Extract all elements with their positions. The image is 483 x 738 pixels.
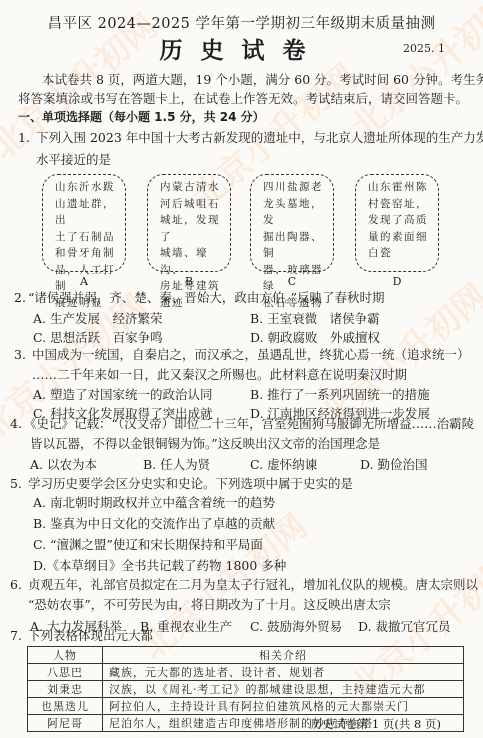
q2-option-c: C. 思想活跃 百家争鸣 <box>33 328 163 346</box>
table-cell-intro: 阿拉伯人，主持设计具有阿拉伯建筑风格的元大都崇天门 <box>103 698 464 715</box>
exam-page: 昌平区 2024—2025 学年第一学期初三年级期末质量抽测 历史试卷 2025… <box>0 0 483 738</box>
section-title: 一、单项选择题（每小题 1.5 分，共 24 分） <box>18 108 265 127</box>
table-row: 八思巴 藏族，元大都的选址者、设计者、规划者 <box>28 664 464 681</box>
table-cell-intro: 汉族，以《周礼·考工记》的都城建设思想，主持建造元大都 <box>103 681 464 698</box>
table-row: 也黑迭儿 阿拉伯人，主持设计具有阿拉伯建筑风格的元大都崇天门 <box>28 698 464 715</box>
page-footer: 历史试卷第 1 页(共 8 页) <box>311 716 441 732</box>
q4-option-c: C. 虚怀纳谏 <box>250 455 317 473</box>
q6-option-c: C. 鼓励海外贸易 <box>250 617 342 635</box>
q5-option-b: B. 鉴真为中日文化的交流作出了卓越的贡献 <box>33 514 275 532</box>
q4-option-b: B. 任人为贤 <box>143 455 210 473</box>
q1-stem-1: 下列入围 2023 年中国十大考古新发现的遗址中，与北京人遗址所体现的生产力发展 <box>36 128 483 147</box>
q1-label-d: D <box>355 275 439 288</box>
table-header-row: 人物 相关介绍 <box>28 647 464 664</box>
table-cell-person: 刘秉忠 <box>28 681 103 698</box>
q6-stem-1: 贞观五年，礼部官员拟定在二月为皇太子行冠礼，增加礼仪队的规模。唐太宗则以 <box>28 575 478 594</box>
q4-option-d: D. 勤俭治国 <box>360 455 428 473</box>
exam-date: 2025. 1 <box>403 42 445 55</box>
q5-stem: 学习历史要学会区分史实和史论。下列选项中属于史实的是 <box>28 474 353 493</box>
table-cell-intro: 藏族，元大都的选址者、设计者、规划者 <box>103 664 464 681</box>
exam-subtitle: 昌平区 2024—2025 学年第一学期初三年级期末质量抽测 <box>0 12 483 33</box>
q2-stem: “诸侯强并弱，齐、楚、秦、晋始大，政由方伯。”反映了春秋时期 <box>28 288 385 307</box>
q1-number: 1. <box>18 128 30 147</box>
q5-number: 5. <box>10 474 22 493</box>
q2-option-b: B. 王室衰微 诸侯争霸 <box>250 309 380 327</box>
table-header-intro: 相关介绍 <box>103 647 464 664</box>
q3-option-b: B. 推行了一系列巩固统一的措施 <box>250 385 430 403</box>
q1-label-b: B <box>147 275 231 288</box>
q7-number: 7. <box>10 626 22 645</box>
q3-stem-1: 中国成为一统国，自秦启之，而汉承之，虽遇乱世，终犹心焉一统（追求统一） <box>32 345 470 364</box>
q3-number: 3. <box>14 345 26 364</box>
q2-option-a: A. 生产发展 经济繁荣 <box>33 309 162 327</box>
q4-stem-2: 皆以瓦器，不得以金银铜锡为饰。”这反映出汉文帝的治国理念是 <box>30 434 380 453</box>
q5-option-d: D.《本草纲目》全书共记载了药物 1800 多种 <box>33 556 286 574</box>
table-cell-person: 八思巴 <box>28 664 103 681</box>
q7-stem: 下列表格体现出元大都 <box>28 626 153 645</box>
table-header-person: 人物 <box>28 647 103 664</box>
q4-number: 4. <box>10 414 22 433</box>
q5-option-a: A. 南北朝时期政权并立中蕴含着统一的趋势 <box>33 493 275 511</box>
q4-option-a: A. 以农为本 <box>30 455 97 473</box>
q2-number: 2. <box>14 288 26 307</box>
q5-option-c: C. “澶渊之盟”使辽和宋长期保持和平局面 <box>33 535 263 553</box>
q4-stem-1: 《史记》记载：“（汉文帝）即位二十三年，宫室苑囿狗马服御无所增益……治霸陵 <box>24 414 474 433</box>
q1-label-c: C <box>250 275 334 288</box>
table-cell-person: 也黑迭儿 <box>28 698 103 715</box>
q1-option-box-d: 山东霍州陈 村瓷窑址， 发现了高质 量的素面细 白瓷 <box>355 174 439 272</box>
q3-stem-2: ……二千年来如一日，此又秦汉之所赐也。此材料意在说明秦汉时期 <box>32 365 407 384</box>
q1-option-box-a: 山东沂水跋 山遗址群，出 土了石制品 和骨牙角制 品，人工打制 痕迹明显 <box>42 174 126 272</box>
q6-option-d: D. 裁撤冗官冗员 <box>358 617 451 635</box>
q1-stem-2: 水平接近的是 <box>36 150 111 169</box>
table-row: 刘秉忠 汉族，以《周礼·考工记》的都城建设思想，主持建造元大都 <box>28 681 464 698</box>
q6-number: 6. <box>10 575 22 594</box>
q1-option-box-b: 内蒙古清水 河后城咀石 城址，发现了 城墙、壕沟、 房址等建筑 遗迹 <box>147 174 231 272</box>
q1-option-box-c: 四川盐源老 龙头墓地，发 掘出陶器、铜 器、玻璃器绿 松石等遗物 <box>250 174 334 272</box>
instructions-line-1: 本试卷共 8 页，两道大题，19 个小题，满分 60 分。考试时间 60 分钟。… <box>42 70 483 89</box>
q3-option-a: A. 塑造了对国家统一的政治认同 <box>33 385 212 403</box>
table-cell-person: 阿尼哥 <box>28 715 103 732</box>
q6-option-b: B. 重视农业生产 <box>140 617 232 635</box>
q6-stem-2: “恐妨农事”，不可劳民为由，将日期改为了十月。这反映出唐太宗 <box>28 595 391 614</box>
instructions-line-2: 将答案填涂或书写在答题卡上，在试卷上作答无效。考试结束后，请交回答题卡。 <box>18 89 468 108</box>
q2-option-d: D. 朝政腐败 外戚擅权 <box>250 328 380 346</box>
q1-label-a: A <box>42 275 126 288</box>
